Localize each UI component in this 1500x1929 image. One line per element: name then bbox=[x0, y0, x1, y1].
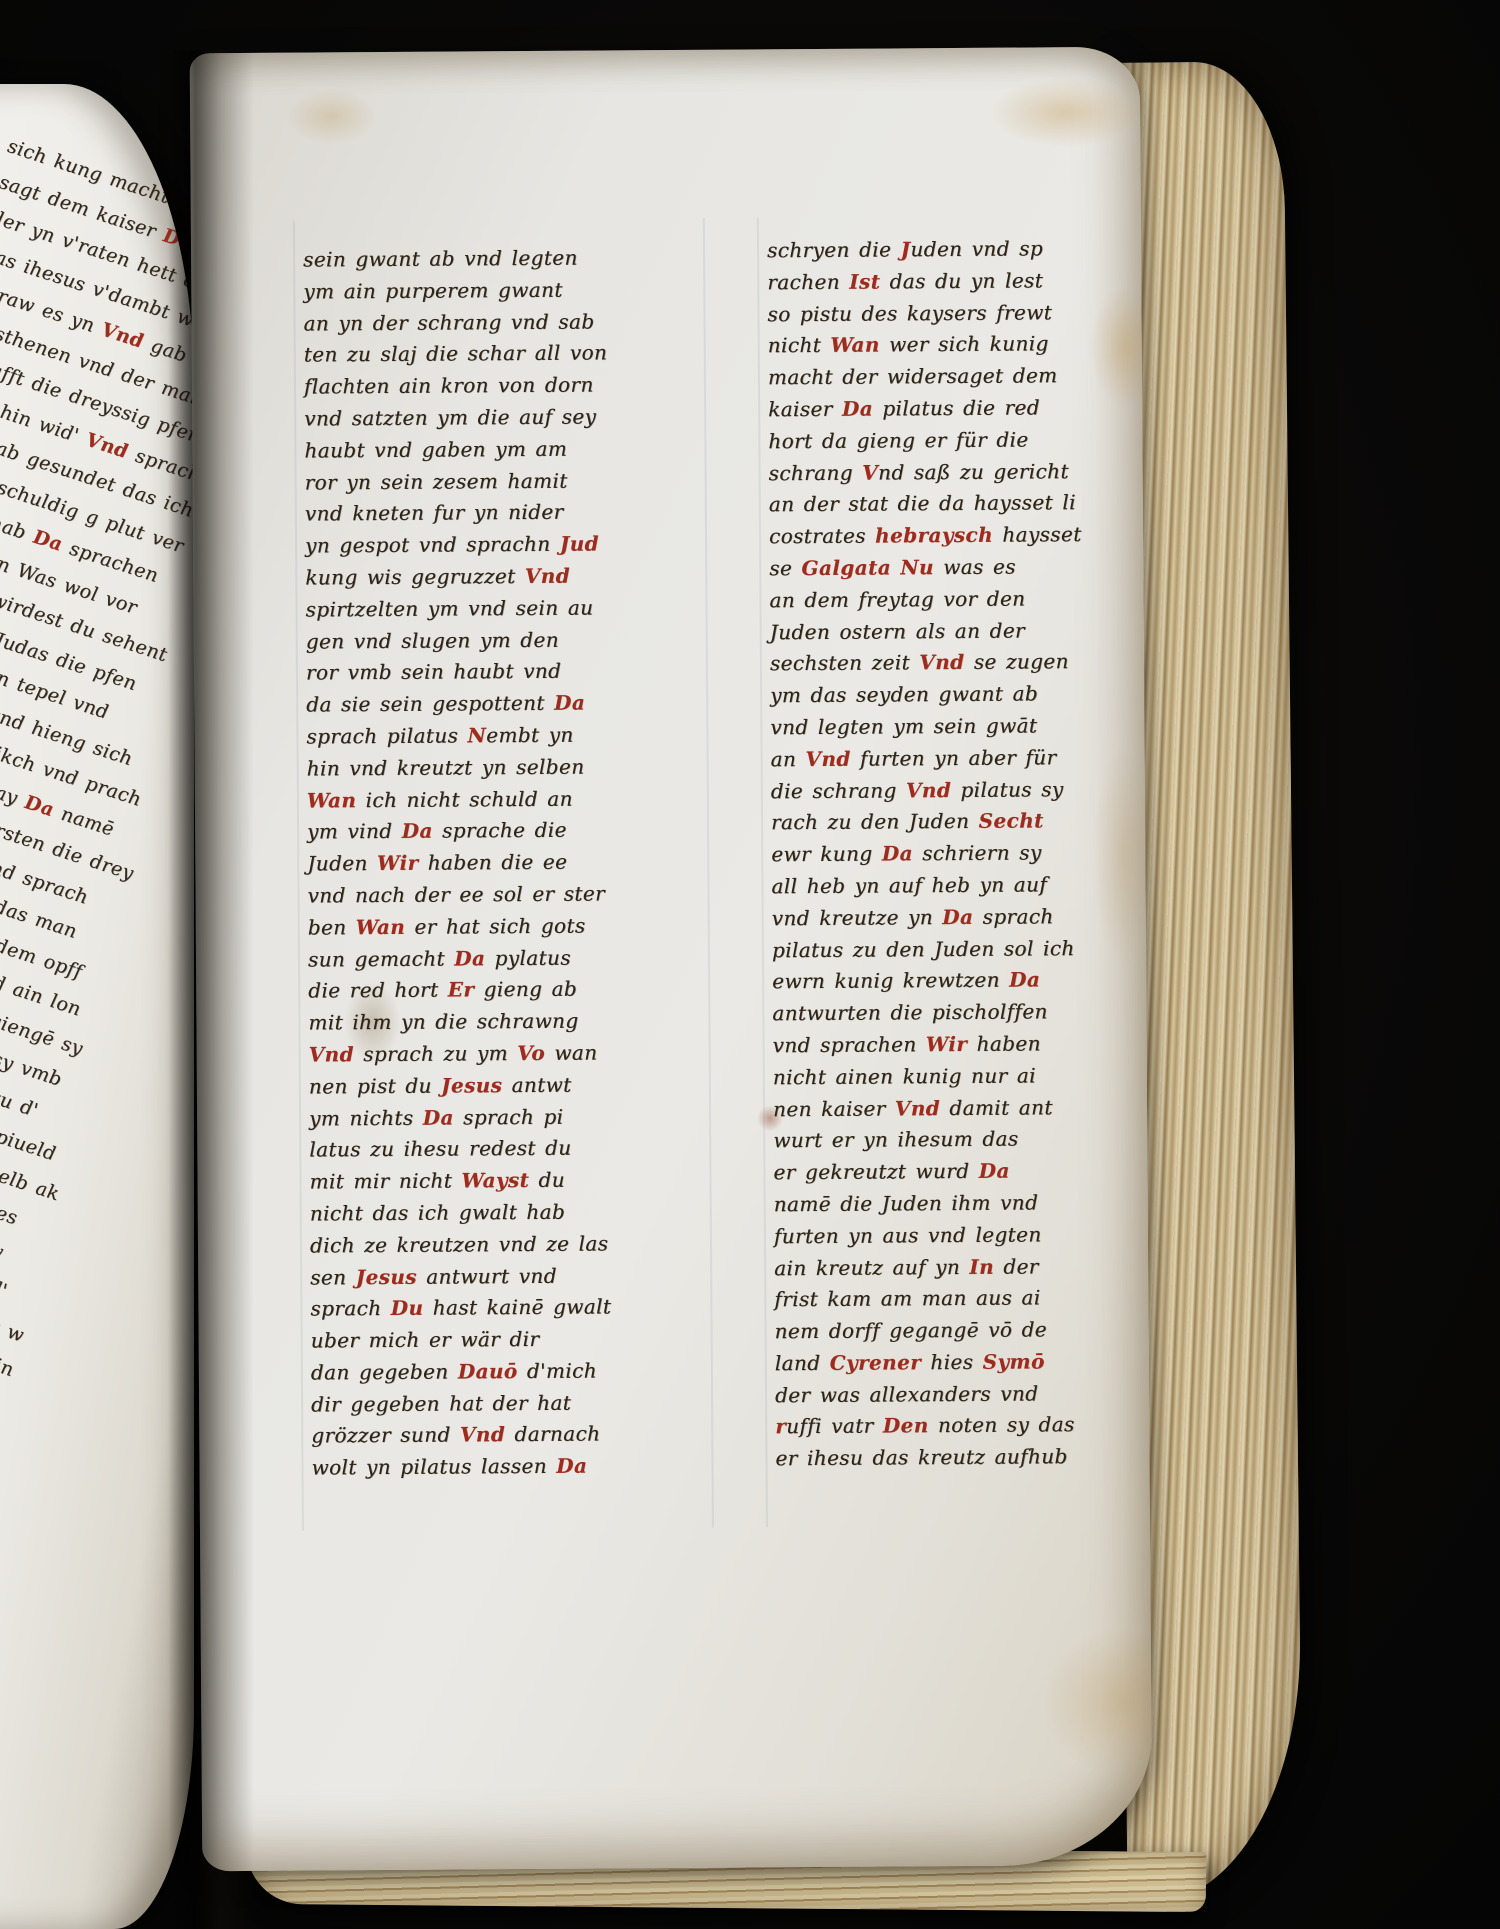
manuscript-line: schryen die Juden vnd sp bbox=[767, 232, 1152, 267]
manuscript-line: Juden ostern als an der bbox=[770, 614, 1153, 649]
manuscript-line: ror yn sein zesem hamit bbox=[305, 464, 703, 499]
manuscript-line: vnd kneten fur yn nider bbox=[305, 496, 703, 531]
rubricated-text: Wayst bbox=[461, 1168, 529, 1192]
rubricated-text: Vnd bbox=[805, 746, 850, 770]
rubricated-text: Wir bbox=[377, 851, 419, 875]
rubricated-text: hebraysch bbox=[875, 523, 993, 548]
manuscript-line: costrates hebraysch haysset bbox=[769, 519, 1152, 554]
manuscript-line: ym das seyden gwant ab bbox=[770, 678, 1152, 713]
manuscript-line: dan gegeben Dauō d'mich bbox=[311, 1355, 709, 1390]
manuscript-line: an yn der schrang vnd sab bbox=[303, 305, 701, 340]
manuscript-line: vnd sprachen Wir haben bbox=[772, 1027, 1152, 1062]
rubricated-text: Vnd bbox=[906, 778, 951, 802]
manuscript-line: ewr kung Da schriern sy bbox=[771, 837, 1152, 872]
manuscript-line: sprach pilatus Nembt yn bbox=[306, 719, 704, 754]
manuscript-line: latus zu ihesu redest du bbox=[309, 1132, 707, 1167]
rubricated-text: Da bbox=[842, 397, 873, 421]
manuscript-line: grözzer sund Vnd darnach bbox=[311, 1418, 709, 1453]
manuscript-line: so pistu des kaysers frewt bbox=[767, 296, 1152, 331]
manuscript-line: nicht das ich gwalt hab bbox=[310, 1196, 708, 1231]
manuscript-line: vnd nach der ee sol er ster bbox=[307, 878, 705, 913]
rubricated-text: Symō bbox=[983, 1349, 1045, 1373]
manuscript-line: gen vnd slugen ym den bbox=[306, 623, 704, 658]
manuscript-line: nem dorff gegangē vō de bbox=[774, 1314, 1152, 1349]
manuscript-line: Juden Wir haben die ee bbox=[307, 846, 705, 881]
rubricated-text: N bbox=[467, 723, 486, 747]
manuscript-line: nicht Wan wer sich kunig bbox=[768, 328, 1153, 363]
manuscript-line: pilatus zu den Juden sol ich bbox=[772, 932, 1153, 967]
rubricated-text: Wan bbox=[830, 333, 880, 357]
manuscript-line: nicht ainen kunig nur ai bbox=[773, 1059, 1153, 1094]
rubricated-text: Da bbox=[161, 224, 194, 255]
rubricated-text: Da bbox=[423, 1105, 454, 1129]
manuscript-line: Vnd sprach zu ym Vo wan bbox=[309, 1037, 707, 1072]
manuscript-line: uber mich er wär dir bbox=[311, 1323, 709, 1358]
parchment-stain bbox=[286, 88, 376, 145]
rubricated-text: Ist bbox=[849, 269, 880, 293]
rubricated-text: Vnd bbox=[460, 1423, 505, 1447]
manuscript-line: spirtzelten ym vnd sein au bbox=[305, 592, 703, 627]
rubricated-text: J bbox=[900, 237, 910, 261]
manuscript-line: er gekreutzt wurd Da bbox=[773, 1155, 1152, 1190]
manuscript-line: wolt yn pilatus lassen Da bbox=[311, 1450, 709, 1485]
manuscript-line: Wan ich nicht schuld an bbox=[307, 782, 705, 817]
rubricated-text: Da bbox=[554, 691, 585, 715]
manuscript-line: vnd legten ym sein gwāt bbox=[770, 709, 1152, 744]
manuscript-line: ym nichts Da sprach pi bbox=[309, 1100, 707, 1135]
manuscript-line: furten yn aus vnd legten bbox=[774, 1218, 1153, 1253]
manuscript-line: rach zu den Juden Secht bbox=[771, 805, 1152, 840]
rubricated-text: Wan bbox=[356, 915, 406, 939]
rubricated-text: Dauō bbox=[458, 1359, 518, 1383]
manuscript-line: er ihesu das kreutz aufhub bbox=[775, 1441, 1152, 1476]
rubricated-text: Vnd bbox=[84, 428, 130, 463]
manuscript-line: da sie sein gespottent Da bbox=[306, 687, 704, 722]
rubricated-text: Wan bbox=[307, 788, 357, 812]
manuscript-photo: { "right_page": { "page_number": "294", … bbox=[0, 0, 1500, 1929]
rubricated-text: In bbox=[969, 1254, 994, 1278]
ruling-line bbox=[293, 221, 304, 1531]
manuscript-line: haubt vnd gaben ym am bbox=[304, 433, 702, 468]
text-column-1: sein gwant ab vnd legtenym ain purperem … bbox=[303, 242, 710, 1485]
rubricated-text: Secht bbox=[979, 809, 1044, 833]
rubricated-text: Er bbox=[448, 978, 475, 1002]
manuscript-line: an Vnd furten yn aber für bbox=[771, 741, 1153, 776]
manuscript-line: hin vnd kreutzt yn selben bbox=[307, 751, 705, 786]
manuscript-line: sechsten zeit Vnd se zugen bbox=[770, 646, 1152, 681]
rubricated-text: Vnd bbox=[525, 564, 570, 588]
manuscript-line: frist kam am man aus ai bbox=[774, 1282, 1152, 1317]
manuscript-line: ruffi vatr Den noten sy das bbox=[775, 1409, 1152, 1444]
parchment-stain bbox=[990, 77, 1140, 148]
manuscript-line: se Galgata Nu was es bbox=[769, 550, 1152, 585]
rubricated-text: Nu bbox=[900, 555, 934, 579]
manuscript-line: an dem freytag vor den bbox=[769, 582, 1152, 617]
manuscript-line: ym vind Da sprache die bbox=[307, 814, 705, 849]
rubricated-text: Vnd bbox=[309, 1042, 354, 1066]
manuscript-line: dich ze kreutzen vnd ze las bbox=[310, 1227, 708, 1262]
manuscript-line: mit mir nicht Wayst du bbox=[309, 1164, 707, 1199]
rubricated-text: Da bbox=[979, 1159, 1010, 1183]
manuscript-line: ror vmb sein haubt vnd bbox=[306, 655, 704, 690]
manuscript-line: land Cyrener hies Symō bbox=[775, 1345, 1153, 1380]
rubricated-text: Wir bbox=[926, 1032, 968, 1056]
manuscript-line: ewrn kunig krewtzen Da bbox=[772, 964, 1152, 999]
manuscript-line: nen pist du Jesus antwt bbox=[309, 1068, 707, 1103]
manuscript-line: sprach Du hast kainē gwalt bbox=[310, 1291, 708, 1326]
manuscript-page: 294 sein gwant ab vnd legtenym ain purpe… bbox=[190, 47, 1153, 1872]
rubricated-text: Da bbox=[31, 526, 64, 557]
manuscript-line: schrang Vnd saß zu gericht bbox=[769, 455, 1153, 490]
rubricated-text: Vnd bbox=[895, 1096, 940, 1120]
manuscript-line: kung wis gegruzzet Vnd bbox=[305, 560, 703, 595]
manuscript-line: namē die Juden ihm vnd bbox=[774, 1186, 1153, 1221]
manuscript-line: dir gegeben hat der hat bbox=[311, 1386, 709, 1421]
rubricated-text: Jesus bbox=[356, 1264, 417, 1288]
rubricated-text: Jesus bbox=[441, 1073, 502, 1097]
manuscript-line: rachen Ist das du yn lest bbox=[767, 264, 1152, 299]
manuscript-line: ten zu slaj die schar all von bbox=[304, 337, 702, 372]
manuscript-line: kaiser Da pilatus die red bbox=[768, 391, 1152, 426]
rubricated-text: Da bbox=[942, 905, 973, 929]
manuscript-line: vnd satzten ym die auf sey bbox=[304, 401, 702, 436]
manuscript-line: macht der widersaget dem bbox=[768, 360, 1152, 395]
manuscript-line: yn gespot vnd sprachn Jud bbox=[305, 528, 703, 563]
rubricated-text: Galgata bbox=[801, 555, 891, 580]
manuscript-line: ain kreutz auf yn In der bbox=[774, 1250, 1152, 1285]
rubricated-text: Da bbox=[882, 841, 913, 865]
manuscript-line: hort da gieng er für die bbox=[768, 423, 1152, 458]
manuscript-line: flachten ain kron von dorn bbox=[304, 369, 702, 404]
rubricated-text: Vo bbox=[517, 1041, 545, 1065]
left-page: sich kung macht d' wisagt dem kaiser Da … bbox=[0, 84, 194, 1929]
rubricated-text: Vnd bbox=[919, 650, 964, 674]
manuscript-line: ben Wan er hat sich gots bbox=[308, 909, 706, 944]
manuscript-line: ym ain purperem gwant bbox=[303, 274, 701, 309]
rubricated-text: Da bbox=[23, 790, 56, 821]
manuscript-line: die schrang Vnd pilatus sy bbox=[771, 773, 1153, 808]
rubricated-text: Da bbox=[1009, 968, 1040, 992]
rubricated-text: Da bbox=[454, 946, 485, 970]
rubricated-text: V bbox=[862, 460, 878, 484]
rubricated-text: Da bbox=[556, 1454, 587, 1478]
rubricated-text: Cyrener bbox=[830, 1350, 922, 1375]
manuscript-line: sein gwant ab vnd legten bbox=[303, 242, 701, 277]
rubricated-text: Du bbox=[391, 1296, 424, 1320]
manuscript-line: wurt er yn ihesum das bbox=[773, 1123, 1152, 1158]
manuscript-line: an der stat die da haysset li bbox=[769, 487, 1153, 522]
rubricated-text: Jud bbox=[560, 532, 599, 556]
manuscript-line: sun gemacht Da pylatus bbox=[308, 941, 706, 976]
manuscript-line: antwurten die pischolffen bbox=[772, 996, 1152, 1031]
rubricated-text: r bbox=[775, 1415, 786, 1439]
rubricated-text: Den bbox=[883, 1414, 929, 1438]
rubricated-text: Vnd bbox=[100, 318, 146, 353]
manuscript-line: nen kaiser Vnd damit ant bbox=[773, 1091, 1152, 1126]
rubricated-text: Da bbox=[402, 819, 433, 843]
manuscript-line: der was allexanders vnd bbox=[775, 1377, 1152, 1412]
manuscript-line: all heb yn auf heb yn auf bbox=[771, 868, 1152, 903]
ruling-line bbox=[757, 217, 768, 1527]
manuscript-line: sen Jesus antwurt vnd bbox=[310, 1259, 708, 1294]
parchment-stain bbox=[1041, 1626, 1153, 1777]
left-page-text-column: sich kung macht d' wisagt dem kaiser Da … bbox=[0, 128, 194, 1617]
text-column-2: schryen die Juden vnd sprachen Ist das d… bbox=[767, 232, 1152, 1475]
manuscript-line: die red hort Er gieng ab bbox=[308, 973, 706, 1008]
manuscript-line: mit ihm yn die schrawng bbox=[308, 1005, 706, 1040]
manuscript-line: vnd kreutze yn Da sprach bbox=[772, 900, 1153, 935]
